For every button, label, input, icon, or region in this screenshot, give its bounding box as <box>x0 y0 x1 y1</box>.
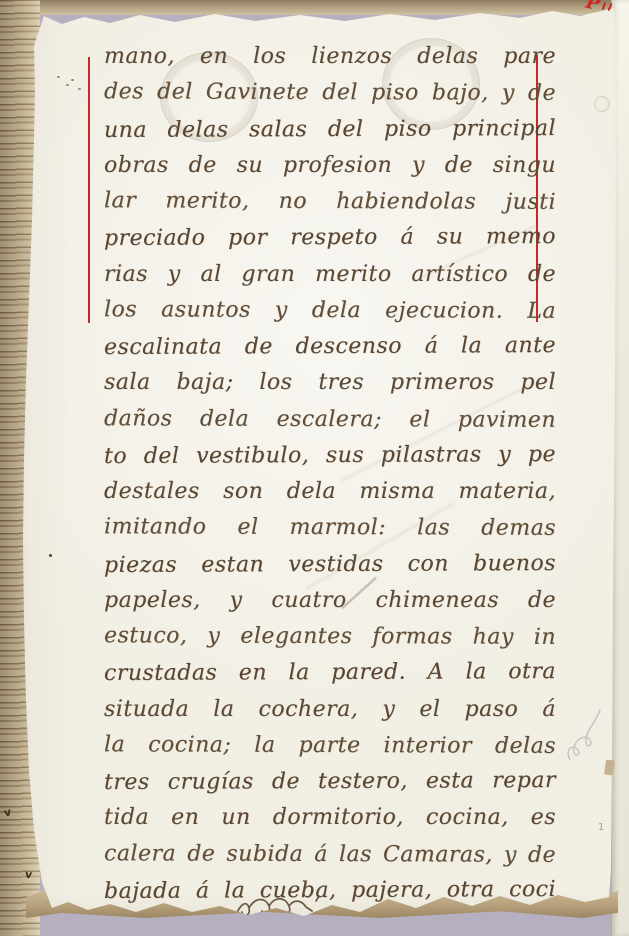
faint-pencil-scribble <box>562 700 604 770</box>
manuscript-line: tida en un dormitorio, cocina, es <box>104 805 556 841</box>
paper-speck <box>78 88 81 90</box>
manuscript-line: los asuntos y dela ejecucion. La <box>104 297 556 335</box>
left-red-margin-rule <box>88 57 90 323</box>
manuscript-line: rias y al gran merito artístico de <box>104 262 556 298</box>
manuscript-line: daños dela escalera; el pavimen <box>104 406 556 444</box>
manuscript-page: mano, en los lienzos delas paredes del G… <box>0 0 629 936</box>
manuscript-line: mano, en los lienzos delas pare <box>104 44 556 80</box>
manuscript-line: situada la cochera, y el paso á <box>104 697 556 733</box>
small-emboss-mark-icon <box>594 96 610 112</box>
manuscript-line: piezas estan vestidas con buenos <box>104 551 556 589</box>
manuscript-line: lar merito, no habiendolas justi <box>104 188 556 226</box>
manuscript-line: des del Gavinete del piso bajo, y de <box>104 79 556 117</box>
manuscript-line: escalinata de descenso á la ante <box>104 333 556 371</box>
manuscript-line: crustadas en la pared. A la otra <box>104 659 556 697</box>
manuscript-line: sala baja; los tres primeros pel <box>104 370 556 406</box>
pencil-numeral: 1 <box>598 822 604 833</box>
paper-speck <box>71 79 74 81</box>
manuscript-line: la cocina; la parte interior delas <box>104 732 556 770</box>
underlying-page-top-edge <box>0 0 629 15</box>
manuscript-line: destales son dela misma materia, <box>104 479 556 515</box>
handwritten-text-block: mano, en los lienzos delas paredes del G… <box>104 44 556 914</box>
manuscript-line: tres crugías de testero, esta repar <box>104 768 556 806</box>
manuscript-line: imitando el marmol: las demas <box>104 514 556 552</box>
manuscript-line: estuco, y elegantes formas hay in <box>104 623 556 661</box>
scanned-manuscript-screenshot: { "document": { "lines": [ "mano, en los… <box>0 0 629 936</box>
paper-speck <box>66 84 69 86</box>
manuscript-line: una delas salas del piso principal <box>104 116 556 154</box>
end-of-page-flourish-icon <box>232 893 324 923</box>
manuscript-line: calera de subida á las Camaras, y de <box>104 841 556 879</box>
manuscript-line: papeles, y cuatro chimeneas de <box>104 588 556 624</box>
manuscript-line: preciado por respeto á su memo <box>104 224 556 262</box>
manuscript-line: obras de su profesion y de singu <box>104 153 556 189</box>
paper-speck <box>57 76 60 78</box>
ink-dot <box>49 554 52 557</box>
manuscript-line: to del vestibulo, sus pilastras y pe <box>104 442 556 480</box>
